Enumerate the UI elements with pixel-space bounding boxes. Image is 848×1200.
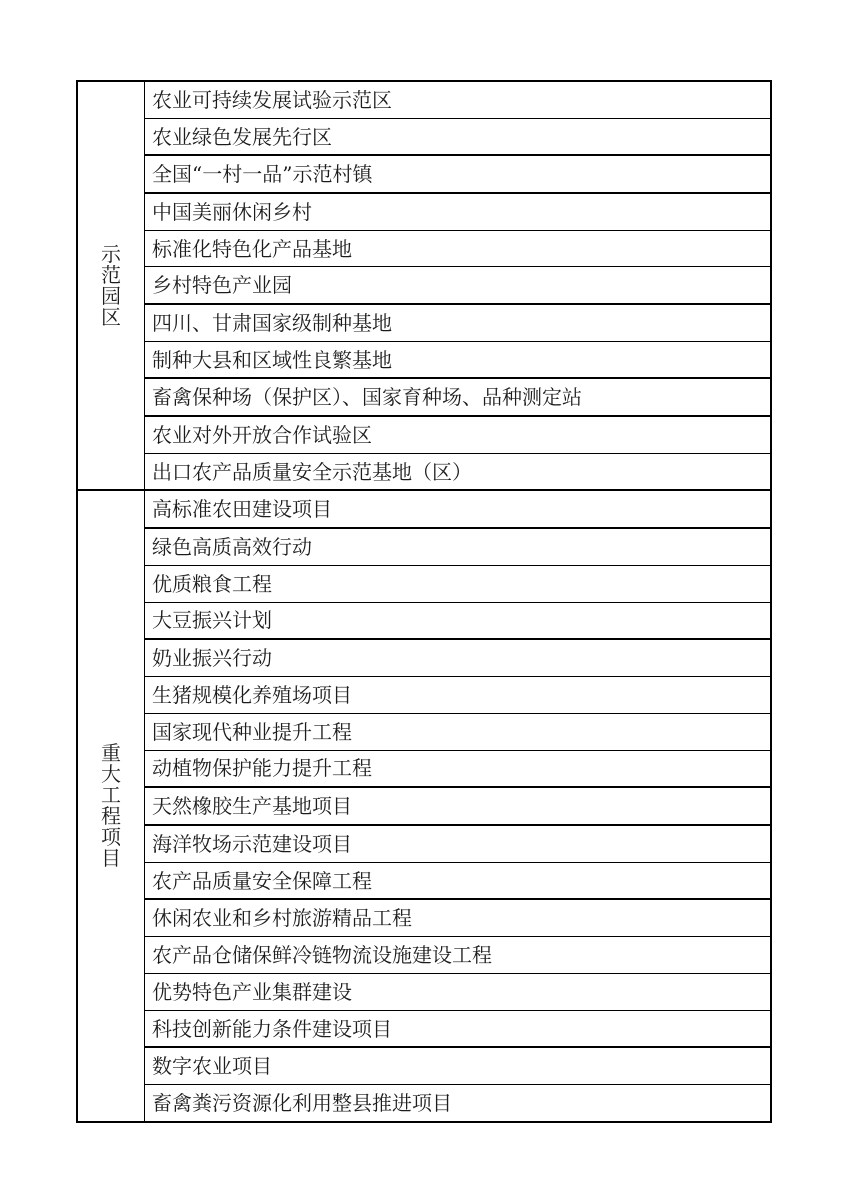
section-rows: 高标准农田建设项目绿色高质高效行动优质粮食工程大豆振兴计划奶业振兴行动生猪规模化… <box>145 491 770 1121</box>
table-row: 奶业振兴行动 <box>145 640 770 677</box>
section-rows: 农业可持续发展试验示范区农业绿色发展先行区全国“一村一品”示范村镇中国美丽休闲乡… <box>145 82 770 489</box>
table: 示范园区农业可持续发展试验示范区农业绿色发展先行区全国“一村一品”示范村镇中国美… <box>76 80 772 1123</box>
table-row: 四川、甘肃国家级制种基地 <box>145 305 770 342</box>
table-row: 全国“一村一品”示范村镇 <box>145 156 770 194</box>
table-cell-text: 标准化特色化产品基地 <box>152 238 352 260</box>
section-label-cell: 重大工程项目 <box>78 491 145 1121</box>
table-row: 畜禽保种场（保护区）、国家育种场、品种测定站 <box>145 379 770 417</box>
table-cell-text: 农产品仓储保鲜冷链物流设施建设工程 <box>152 944 492 966</box>
table-row: 海洋牧场示范建设项目 <box>145 826 770 863</box>
table-cell-text: 休闲农业和乡村旅游精品工程 <box>152 907 412 929</box>
table-row: 高标准农田建设项目 <box>145 491 770 529</box>
table-cell-text: 绿色高质高效行动 <box>152 536 312 558</box>
table-cell-text: 农业绿色发展先行区 <box>152 126 332 148</box>
table-section-1: 示范园区农业可持续发展试验示范区农业绿色发展先行区全国“一村一品”示范村镇中国美… <box>78 82 770 489</box>
table-cell-text: 乡村特色产业园 <box>152 274 292 296</box>
table-row: 农业对外开放合作试验区 <box>145 417 770 454</box>
table-row: 绿色高质高效行动 <box>145 529 770 566</box>
table-row: 生猪规模化养殖场项目 <box>145 677 770 714</box>
table-cell-text: 科技创新能力条件建设项目 <box>152 1018 392 1040</box>
table-row: 天然橡胶生产基地项目 <box>145 788 770 826</box>
table-row: 优质粮食工程 <box>145 566 770 603</box>
table-row: 农产品质量安全保障工程 <box>145 863 770 901</box>
table-cell-text: 高标准农田建设项目 <box>152 498 332 520</box>
table-row: 标准化特色化产品基地 <box>145 231 770 268</box>
table-row: 出口农产品质量安全示范基地（区） <box>145 454 770 490</box>
table-cell-text: 四川、甘肃国家级制种基地 <box>152 312 392 334</box>
table-section-2: 重大工程项目高标准农田建设项目绿色高质高效行动优质粮食工程大豆振兴计划奶业振兴行… <box>78 489 770 1121</box>
table-row: 农业绿色发展先行区 <box>145 119 770 157</box>
table-cell-text: 畜禽保种场（保护区）、国家育种场、品种测定站 <box>152 386 582 408</box>
section-label-cell: 示范园区 <box>78 82 145 489</box>
table-cell-text: 农业可持续发展试验示范区 <box>152 89 392 111</box>
table-cell-text: 天然橡胶生产基地项目 <box>152 795 352 817</box>
table-row: 动植物保护能力提升工程 <box>145 751 770 789</box>
table-cell-text: 优质粮食工程 <box>152 573 272 595</box>
table-cell-text: 动植物保护能力提升工程 <box>152 757 372 779</box>
table-row: 畜禽粪污资源化利用整县推进项目 <box>145 1085 770 1121</box>
table-row: 科技创新能力条件建设项目 <box>145 1011 770 1049</box>
table-cell-text: 制种大县和区域性良繁基地 <box>152 349 392 371</box>
table-row: 优势特色产业集群建设 <box>145 974 770 1011</box>
table-cell-text: 农业对外开放合作试验区 <box>152 424 372 446</box>
table-cell-text: 畜禽粪污资源化利用整县推进项目 <box>152 1092 452 1114</box>
table-cell-text: 农产品质量安全保障工程 <box>152 870 372 892</box>
table-cell-text: 生猪规模化养殖场项目 <box>152 684 352 706</box>
document-page: 示范园区农业可持续发展试验示范区农业绿色发展先行区全国“一村一品”示范村镇中国美… <box>0 0 848 1200</box>
table-row: 乡村特色产业园 <box>145 267 770 305</box>
table-row: 中国美丽休闲乡村 <box>145 194 770 231</box>
table-cell-text: 数字农业项目 <box>152 1055 272 1077</box>
table-row: 大豆振兴计划 <box>145 603 770 641</box>
table-row: 数字农业项目 <box>145 1048 770 1085</box>
table-cell-text: 优势特色产业集群建设 <box>152 981 352 1003</box>
table-cell-text: 全国“一村一品”示范村镇 <box>152 163 372 185</box>
table-row: 农产品仓储保鲜冷链物流设施建设工程 <box>145 937 770 974</box>
section-label: 示范园区 <box>101 244 121 328</box>
table-cell-text: 国家现代种业提升工程 <box>152 721 352 743</box>
table-cell-text: 出口农产品质量安全示范基地（区） <box>152 461 472 483</box>
table-cell-text: 中国美丽休闲乡村 <box>152 201 312 223</box>
table-row: 国家现代种业提升工程 <box>145 714 770 751</box>
table-row: 制种大县和区域性良繁基地 <box>145 342 770 380</box>
table-row: 休闲农业和乡村旅游精品工程 <box>145 900 770 937</box>
section-label: 重大工程项目 <box>101 743 121 869</box>
table-cell-text: 奶业振兴行动 <box>152 647 272 669</box>
table-cell-text: 海洋牧场示范建设项目 <box>152 833 352 855</box>
table-cell-text: 大豆振兴计划 <box>152 609 272 631</box>
table-row: 农业可持续发展试验示范区 <box>145 82 770 119</box>
